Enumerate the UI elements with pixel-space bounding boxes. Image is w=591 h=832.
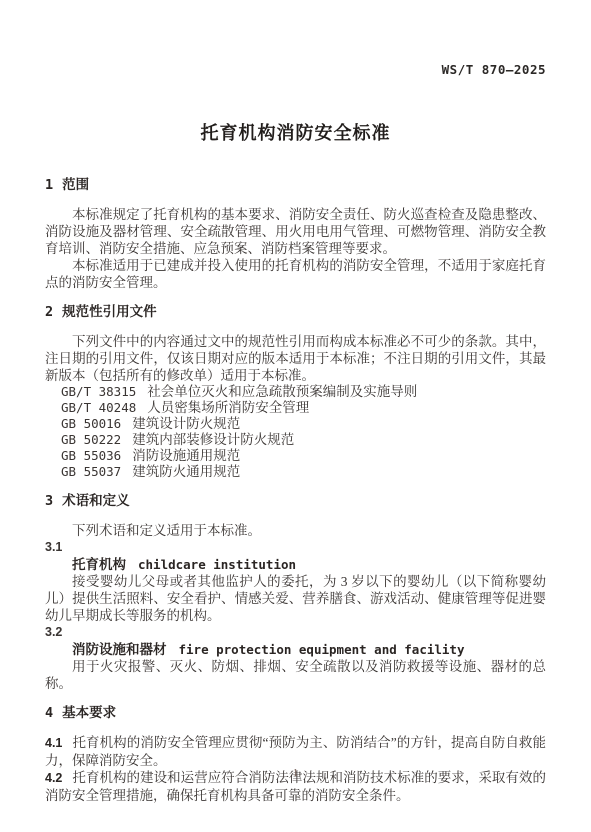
document-page: WS/T 870—2025 托育机构消防安全标准 1范围 本标准规定了托育机构的…: [0, 0, 591, 832]
term-english: childcare institution: [138, 557, 296, 572]
reference-title: 建筑设计防火规范: [132, 416, 240, 431]
section-scope-heading: 1范围: [45, 176, 546, 194]
term-title-line: 托育机构childcare institution: [45, 556, 546, 573]
document-title: 托育机构消防安全标准: [45, 121, 546, 146]
section-number: 3: [45, 493, 53, 509]
section-heading-text: 术语和定义: [62, 493, 130, 508]
term-entry: 3.2 消防设施和器材fire protection equipment and…: [45, 624, 546, 692]
terms-intro-paragraph: 下列术语和定义适用于本标准。: [45, 522, 546, 539]
reference-code: GB 55036: [61, 448, 121, 463]
reference-item: GB 55036消防设施通用规范: [61, 448, 546, 464]
reference-item: GB 50222建筑内部装修设计防火规范: [61, 432, 546, 448]
section-basic-requirements: 4基本要求 4.1托育机构的消防安全管理应贯彻“预防为主、防消结合”的方针，提高…: [45, 704, 546, 804]
reference-item: GB/T 38315社会单位灭火和应急疏散预案编制及实施导则: [61, 384, 546, 400]
term-entry: 3.1 托育机构childcare institution 接受婴幼儿父母或者其…: [45, 539, 546, 624]
reference-title: 建筑内部装修设计防火规范: [132, 432, 294, 447]
section-terms-heading: 3术语和定义: [45, 492, 546, 510]
reference-title: 建筑防火通用规范: [132, 464, 240, 479]
section-number: 1: [45, 177, 53, 193]
term-definition: 用于火灾报警、灭火、防烟、排烟、安全疏散以及消防救援等设施、器材的总称。: [45, 658, 546, 692]
reference-code: GB 50016: [61, 416, 121, 431]
term-definition: 接受婴幼儿父母或者其他监护人的委托，为 3 岁以下的婴幼儿（以下简称婴幼儿）提供…: [45, 573, 546, 624]
section-number: 2: [45, 304, 53, 320]
section-heading-text: 范围: [62, 177, 89, 192]
term-title-line: 消防设施和器材fire protection equipment and fac…: [45, 641, 546, 658]
scope-paragraph-1: 本标准规定了托育机构的基本要求、消防安全责任、防火巡查检查及隐患整改、消防设施及…: [45, 206, 546, 257]
section-terms-definitions: 3术语和定义 下列术语和定义适用于本标准。 3.1 托育机构childcare …: [45, 492, 546, 692]
term-english: fire protection equipment and facility: [179, 642, 465, 657]
section-scope: 1范围 本标准规定了托育机构的基本要求、消防安全责任、防火巡查检查及隐患整改、消…: [45, 176, 546, 291]
term-chinese: 消防设施和器材: [72, 642, 167, 657]
reference-code: GB/T 40248: [61, 400, 136, 415]
term-chinese: 托育机构: [72, 557, 126, 572]
document-content: WS/T 870—2025 托育机构消防安全标准 1范围 本标准规定了托育机构的…: [0, 0, 591, 804]
reference-title: 人员密集场所消防安全管理: [147, 400, 309, 415]
reference-item: GB 55037建筑防火通用规范: [61, 464, 546, 480]
term-number: 3.2: [45, 624, 546, 641]
references-intro-paragraph: 下列文件中的内容通过文中的规范性引用而构成本标准必不可少的条款。其中，注日期的引…: [45, 333, 546, 384]
clause-number: 4.1: [45, 736, 62, 750]
clause-4-1: 4.1托育机构的消防安全管理应贯彻“预防为主、防消结合”的方针，提高自防自救能力…: [45, 734, 546, 769]
section-normative-references: 2规范性引用文件 下列文件中的内容通过文中的规范性引用而构成本标准必不可少的条款…: [45, 303, 546, 480]
reference-list: GB/T 38315社会单位灭火和应急疏散预案编制及实施导则 GB/T 4024…: [45, 384, 546, 480]
reference-item: GB 50016建筑设计防火规范: [61, 416, 546, 432]
reference-code: GB/T 38315: [61, 384, 136, 399]
section-basic-requirements-heading: 4基本要求: [45, 704, 546, 722]
section-heading-text: 基本要求: [62, 705, 116, 720]
section-heading-text: 规范性引用文件: [62, 304, 157, 319]
reference-code: GB 50222: [61, 432, 121, 447]
term-number: 3.1: [45, 539, 546, 556]
page-number: 1: [0, 766, 591, 780]
scope-paragraph-2: 本标准适用于已建成并投入使用的托育机构的消防安全管理，不适用于家庭托育点的消防安…: [45, 257, 546, 291]
reference-code: GB 55037: [61, 464, 121, 479]
clause-text: 托育机构的消防安全管理应贯彻“预防为主、防消结合”的方针，提高自防自救能力，保障…: [45, 735, 546, 768]
reference-title: 消防设施通用规范: [132, 448, 240, 463]
section-normative-references-heading: 2规范性引用文件: [45, 303, 546, 321]
standard-number: WS/T 870—2025: [45, 0, 546, 77]
reference-title: 社会单位灭火和应急疏散预案编制及实施导则: [147, 384, 417, 399]
section-number: 4: [45, 705, 53, 721]
reference-item: GB/T 40248人员密集场所消防安全管理: [61, 400, 546, 416]
